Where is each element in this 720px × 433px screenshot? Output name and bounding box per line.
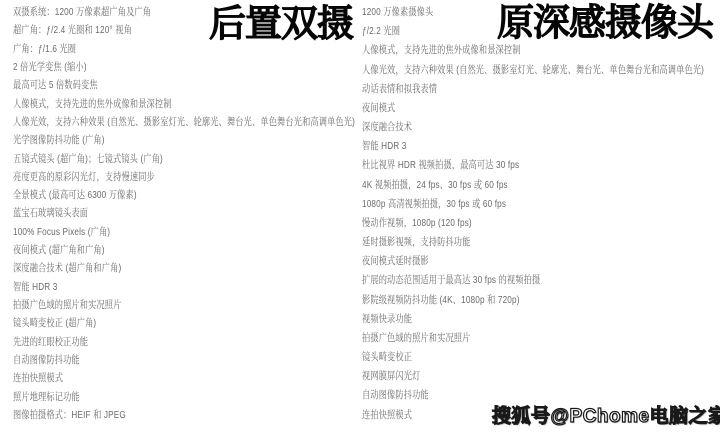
spec-item: 自动图像防抖功能: [13, 351, 355, 369]
spec-item: 慢动作视频，1080p (120 fps): [362, 214, 704, 233]
spec-item: 人像模式，支持先进的焦外成像和景深控制: [362, 41, 704, 60]
spec-item: 夜间模式延时摄影: [362, 252, 704, 271]
spec-item: 视网膜屏闪光灯: [362, 367, 704, 386]
spec-item: 镜头畸变校正: [362, 348, 704, 367]
spec-item: 连拍快照模式: [13, 369, 355, 387]
spec-item: 视频快录功能: [362, 310, 704, 329]
spec-item: 人像光效，支持六种效果 (自然光、摄影室灯光、轮廓光、舞台光、单色舞台光和高调单…: [13, 113, 355, 131]
spec-item: 扩展的动态范围适用于最高达 30 fps 的视频拍摄: [362, 271, 704, 290]
spec-item: 延时摄影视频，支持防抖功能: [362, 233, 704, 252]
spec-item: 照片地理标记功能: [13, 388, 355, 406]
spec-item: 4K 视频拍摄，24 fps、30 fps 或 60 fps: [362, 176, 704, 195]
spec-item: 全景模式 (最高可达 6300 万像素): [13, 186, 355, 204]
spec-item: 动话表情和拟我表情: [362, 80, 704, 99]
spec-item: 夜间模式 (超广角和广角): [13, 241, 355, 259]
spec-item: 人像模式，支持先进的焦外成像和景深控制: [13, 95, 355, 113]
camera-spec-sheet: 双摄系统：1200 万像素超广角及广角超广角：ƒ/2.4 光圈和 120° 视角…: [0, 0, 720, 433]
spec-item: 深度融合技术: [362, 118, 704, 137]
front-camera-section-title: 原深感摄像头: [497, 3, 713, 44]
spec-item: 智能 HDR 3: [362, 137, 704, 156]
spec-item: 五镜式镜头 (超广角)；七镜式镜头 (广角): [13, 150, 355, 168]
spec-item: 夜间模式: [362, 99, 704, 118]
spec-item: 人像光效，支持六种效果 (自然光、摄影室灯光、轮廓光、舞台光、单色舞台光和高调单…: [362, 61, 704, 80]
spec-item: 杜比视界 HDR 视频拍摄，最高可达 30 fps: [362, 156, 704, 175]
rear-camera-section-title: 后置双摄: [209, 4, 353, 45]
spec-item: 100% Focus Pixels (广角): [13, 223, 355, 241]
spec-item: 拍摄广色域的照片和实况照片: [362, 329, 704, 348]
spec-item: 先进的红眼校正功能: [13, 333, 355, 351]
spec-item: 最高可达 5 倍数码变焦: [13, 76, 355, 94]
spec-item: 1080p 高清视频拍摄，30 fps 或 60 fps: [362, 195, 704, 214]
spec-item: 影院级视频防抖功能 (4K、1080p 和 720p): [362, 291, 704, 310]
spec-item: 拍摄广色域的照片和实况照片: [13, 296, 355, 314]
watermark-text: 搜狐号@PChome电脑之家: [492, 401, 720, 428]
spec-item: 光学图像防抖功能 (广角): [13, 131, 355, 149]
spec-item: 亮度更高的原彩闪光灯，支持慢速同步: [13, 168, 355, 186]
spec-item: 深度融合技术 (超广角和广角): [13, 259, 355, 277]
front-camera-spec-list: 1200 万像素摄像头ƒ/2.2 光圈人像模式，支持先进的焦外成像和景深控制人像…: [362, 3, 720, 425]
spec-item: 蓝宝石玻璃镜头表面: [13, 204, 355, 222]
spec-item: 镜头畸变校正 (超广角): [13, 314, 355, 332]
spec-item: 智能 HDR 3: [13, 278, 355, 296]
spec-item: 2 倍光学变焦 (缩小): [13, 58, 355, 76]
spec-item: 图像拍摄格式：HEIF 和 JPEG: [13, 406, 355, 424]
